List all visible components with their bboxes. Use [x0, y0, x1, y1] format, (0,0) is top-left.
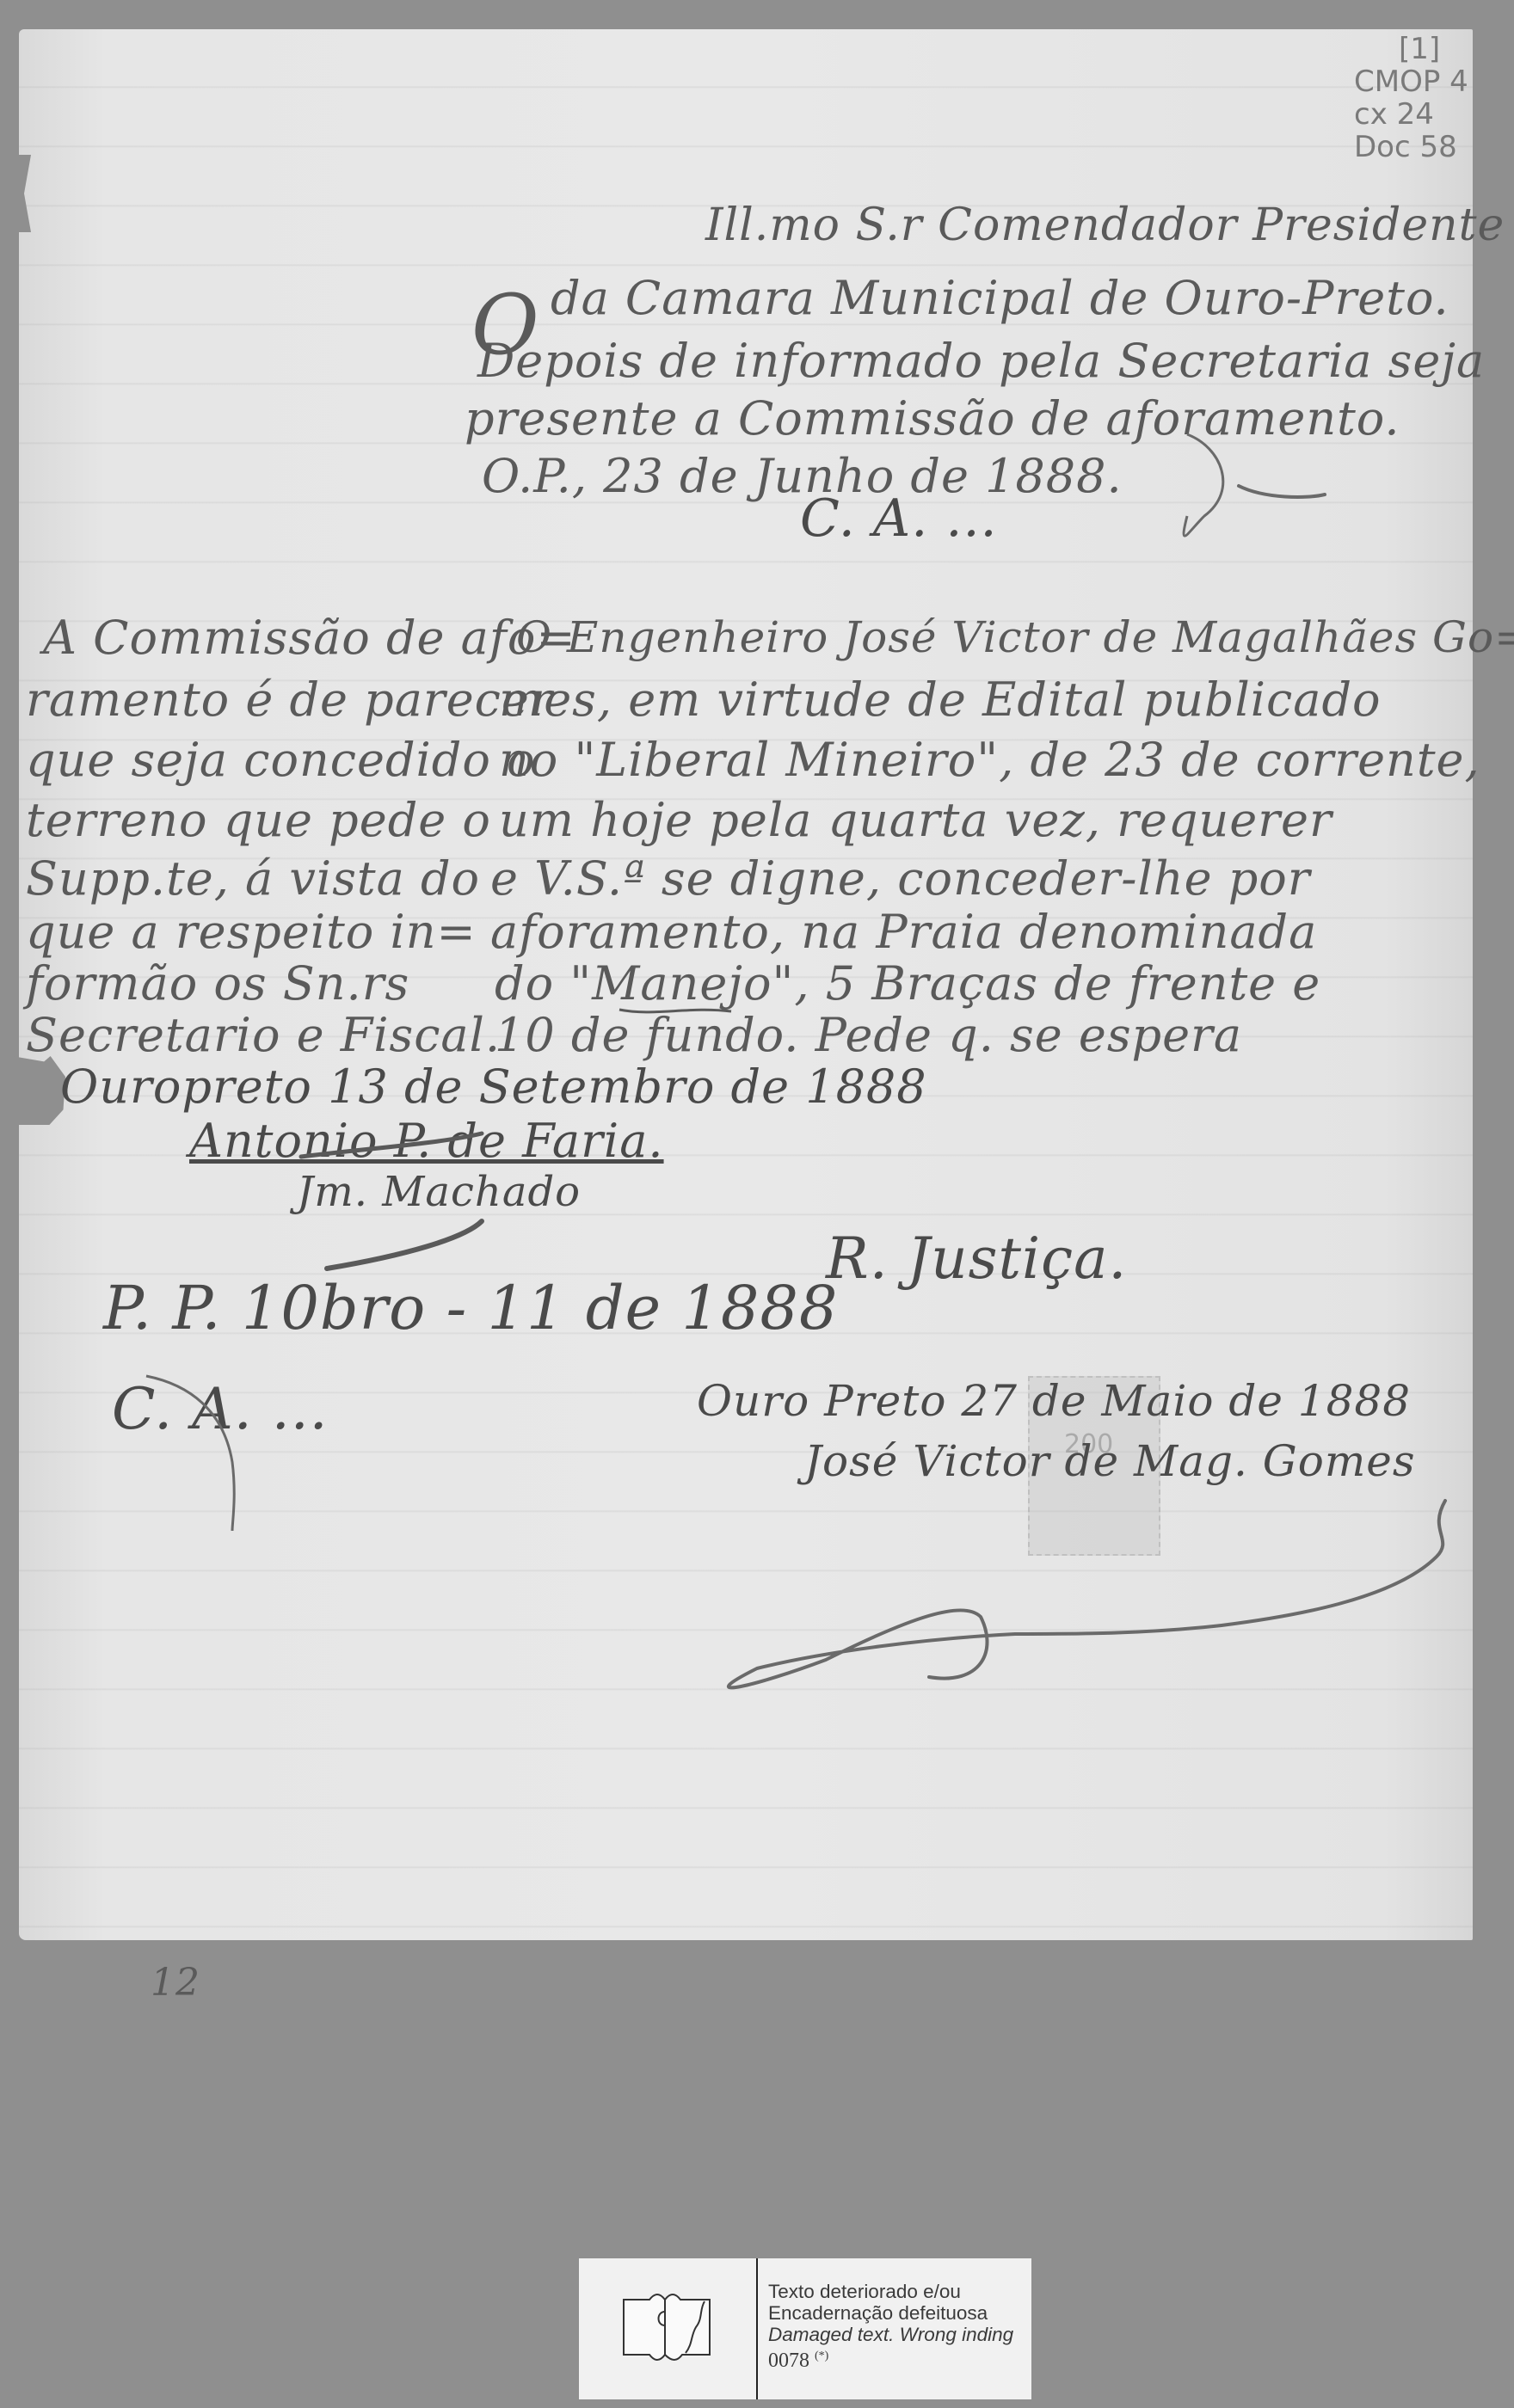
- torn-book-icon: [620, 2293, 715, 2365]
- label-icon-cell: [579, 2258, 758, 2399]
- page-number: 12: [151, 1961, 200, 2005]
- signature-flourish: [0, 0, 1514, 1978]
- damage-label: Texto deteriorado e/ou Encadernação defe…: [579, 2258, 1031, 2399]
- label-code: 0078: [768, 2350, 809, 2372]
- label-line-3: Damaged text. Wrong inding: [768, 2324, 1031, 2345]
- label-code-mark: (*): [815, 2350, 828, 2362]
- label-line-2: Encadernação defeituosa: [768, 2302, 1031, 2324]
- label-code-row: 0078 (*): [768, 2345, 1031, 2372]
- label-text: Texto deteriorado e/ou Encadernação defe…: [758, 2258, 1031, 2399]
- label-line-1: Texto deteriorado e/ou: [768, 2281, 1031, 2302]
